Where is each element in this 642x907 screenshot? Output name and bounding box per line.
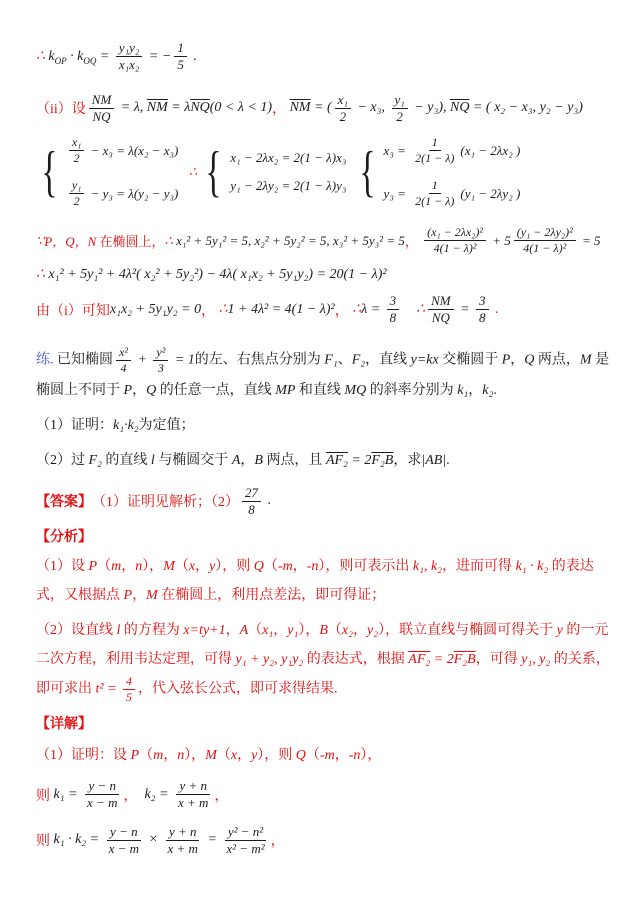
math-run: k₁ · k₂: [516, 559, 549, 574]
math-run: Q: [524, 352, 534, 367]
fraction-numerator: x₁: [69, 135, 85, 151]
fraction: (x₁ − 2λx₂)²4(1 − λ)²: [424, 225, 486, 256]
system-rows: x₃ = 12(1 − λ)(x₁ − 2λx₂ )y₃ = 12(1 − λ)…: [384, 135, 521, 209]
text-run: 为定值；: [139, 418, 195, 433]
fraction-numerator: 1: [429, 135, 441, 151]
text-run: （1）证明：设: [36, 748, 131, 763]
text-run: ，可得: [476, 652, 522, 667]
math-run: m: [153, 748, 163, 763]
fraction-denominator: 4(1 − λ)²: [431, 241, 480, 256]
text-run: ，: [226, 623, 240, 638]
fraction-denominator: 2(1 − λ): [412, 151, 457, 166]
text-run: ，-: [293, 559, 312, 574]
math-run: x₂: [342, 623, 353, 638]
text-run: （1）设: [36, 559, 89, 574]
fraction-denominator: x² − m²: [223, 841, 267, 857]
text-run: （-: [264, 559, 283, 574]
math-run: [402, 302, 416, 318]
fraction-denominator: 5: [123, 690, 135, 705]
fraction-numerator: y − n: [107, 824, 141, 841]
fraction-denominator: 8: [387, 310, 400, 326]
math-run: + 5: [489, 233, 511, 249]
math-run: ∴: [182, 164, 200, 180]
fraction: y² − n²x² − m²: [223, 824, 267, 858]
math-run: = ( x₂ − x₃, y₂ − y₃): [469, 100, 583, 116]
equation-system: {x₁2 − x₃ = λ(x₂ − x₃)y₁2 − y₃ = λ(y₂ − …: [36, 135, 178, 209]
fraction-denominator: 3: [155, 361, 167, 376]
fraction: y + nx + m: [175, 778, 211, 812]
text-run: （: [139, 748, 153, 763]
text-run: 由（i）可知: [36, 300, 110, 320]
analysis-1: （1）设 P（m，n），M（x，y），则 Q（-m，-n），则可表示出 k₁, …: [36, 552, 618, 610]
text-run: ，: [121, 559, 135, 574]
text-run: 在椭圆上，利用点差法，即可得证；: [158, 588, 386, 603]
fraction-numerator: y²: [153, 345, 168, 361]
math-run: P: [502, 352, 511, 367]
text-run: ，: [271, 830, 285, 850]
fraction-denominator: 2(1 − λ): [412, 194, 457, 209]
text-run: 的直线: [102, 453, 151, 468]
fraction-denominator: NQ: [90, 109, 114, 125]
math-run: k₂ =: [144, 787, 172, 803]
math-run: λ =: [361, 302, 384, 318]
fraction: y + nx + m: [165, 824, 201, 858]
math-run: x₁² + 5y₁² = 5, x₂² + 5y₂² = 5, x₃² + 5y…: [176, 233, 405, 249]
equation-system: {x₁ − 2λx₂ = 2(1 − λ)x₃y₁ − 2λy₂ = 2(1 −…: [200, 147, 346, 197]
math-run: ∴: [219, 301, 228, 318]
text-run: .: [264, 493, 271, 509]
text-run: 【详解】: [36, 713, 92, 733]
text-run: ，: [405, 231, 421, 250]
text-run: （: [328, 623, 342, 638]
text-run: 、: [338, 352, 352, 367]
math-run: =: [96, 49, 112, 65]
text-run: ，-: [335, 748, 354, 763]
text-run: 和直线: [295, 383, 344, 398]
text-run: ，: [335, 300, 353, 320]
math-run: k₁·k₂: [113, 418, 139, 433]
math-run: Q: [254, 559, 264, 574]
text-run: 的表达式，根据: [303, 652, 408, 667]
fraction: y₁y₂x₁x₂: [116, 40, 143, 74]
math-run: M: [580, 352, 592, 367]
equation-system: {x₃ = 12(1 − λ)(x₁ − 2λx₂ )y₃ = 12(1 − λ…: [354, 135, 521, 209]
fraction-denominator: 8: [245, 502, 258, 518]
system-row: x₁ − 2λx₂ = 2(1 − λ)x₃: [230, 150, 346, 166]
fraction: 12(1 − λ): [412, 135, 457, 166]
text-run: 交椭圆于: [439, 352, 502, 367]
math-run: ∴: [416, 301, 425, 318]
fraction-numerator: y₁: [69, 178, 85, 194]
math-run: =: [457, 302, 473, 318]
math-run: ∴: [36, 266, 48, 283]
math-run: = λ: [168, 100, 191, 116]
math-run: P，Q，N: [44, 231, 99, 250]
math-run: m: [111, 559, 121, 574]
math-run: k₁: [457, 383, 468, 398]
text-run: ），: [298, 623, 319, 638]
equation-systems: {x₁2 − x₃ = λ(x₂ − x₃)y₁2 − y₃ = λ(y₂ − …: [36, 135, 618, 209]
math-run: x₃ =: [384, 143, 410, 159]
math-run: − x₃,: [354, 100, 389, 116]
math-run: kOP: [48, 49, 66, 65]
text-run: 两点，: [534, 352, 580, 367]
text-run: ，: [132, 588, 146, 603]
fraction: NMNQ: [428, 293, 454, 327]
system-rows: x₁2 − x₃ = λ(x₂ − x₃)y₁2 − y₃ = λ(y₂ − y…: [66, 135, 178, 209]
text-run: （: [248, 623, 262, 638]
math-run: (y₁ − 2λy₂ ): [460, 186, 520, 202]
text-run: ，: [353, 623, 367, 638]
math-run: kOQ: [77, 49, 96, 65]
text-run: .: [446, 453, 450, 468]
fraction-denominator: x − m: [106, 841, 142, 857]
left-brace-icon: {: [206, 147, 222, 197]
subscript: OP: [55, 56, 67, 66]
math-run: Q: [296, 748, 306, 763]
text-run: （2）过: [36, 453, 89, 468]
math-run: x₁x₂ + 5y₁y₂ = 0: [110, 302, 201, 318]
vector-overline: F₂B: [454, 652, 476, 667]
math-run: .: [190, 49, 197, 65]
text-run: ，: [510, 352, 524, 367]
math-run: = 2: [430, 652, 453, 667]
system-row: x₃ = 12(1 − λ)(x₁ − 2λx₂ ): [384, 135, 521, 166]
text-run: ），: [184, 748, 205, 763]
fraction: y − nx − m: [106, 824, 142, 858]
document-content: ∴ kOP · kOQ = y₁y₂x₁x₂ = −15 .（ii）设NMNQ …: [36, 40, 618, 857]
system-row: y₁ − 2λy₂ = 2(1 − λ)y₃: [230, 178, 346, 194]
text-run: ），则可表示出: [318, 559, 413, 574]
math-run: P: [124, 588, 133, 603]
math-run: y₁ + y₂, y₁y₂: [236, 652, 304, 667]
fraction-denominator: 2: [71, 151, 83, 166]
text-run: ），则: [257, 748, 296, 763]
vector-overline: AF₂: [326, 453, 348, 468]
text-run: .: [492, 302, 499, 318]
fraction-denominator: x − m: [84, 795, 120, 811]
formula-lambda-setup: （ii）设NMNQ = λ, NM = λNQ(0 < λ < 1)， NM =…: [36, 92, 618, 126]
text-run: ，: [214, 785, 228, 805]
text-run: ，直线: [365, 352, 411, 367]
fraction-numerator: 1: [429, 178, 441, 194]
text-run: 的任意一点，直线: [156, 383, 275, 398]
fraction: x₁2: [69, 135, 85, 166]
answer-line: 【答案】（1）证明见解析；（2）278 .: [36, 485, 618, 519]
fraction-numerator: x²: [116, 345, 131, 361]
fraction-numerator: NM: [428, 293, 454, 310]
fraction-numerator: (x₁ − 2λx₂)²: [424, 225, 486, 241]
left-brace-icon: {: [359, 147, 375, 197]
text-run: ，: [273, 623, 287, 638]
math-run: +: [134, 352, 150, 367]
math-run: t² =: [96, 682, 121, 697]
text-run: ，: [132, 383, 146, 398]
fraction-denominator: x + m: [175, 795, 211, 811]
text-run: 在椭圆上，: [100, 231, 165, 250]
math-run: M: [146, 588, 158, 603]
text-run: 的左、右焦点分别为: [195, 352, 325, 367]
text-run: （: [217, 748, 231, 763]
math-run: F₁: [324, 352, 337, 367]
math-run: F₂: [89, 453, 102, 468]
math-run: y₃ =: [384, 186, 410, 202]
math-run: ∴: [165, 233, 177, 249]
document-page: ∴ kOP · kOQ = y₁y₂x₁x₂ = −15 .（ii）设NMNQ …: [0, 0, 642, 907]
text-run: （1）证明见解析；（2）: [92, 491, 239, 511]
math-run: 1 + 4λ² = 4(1 − λ)²: [228, 302, 335, 318]
fraction-numerator: x₁: [335, 92, 351, 109]
text-run: （-: [306, 748, 325, 763]
fraction-numerator: 27: [242, 485, 261, 502]
math-run: M: [205, 748, 217, 763]
fraction-denominator: x + m: [165, 841, 201, 857]
text-run: ，: [201, 300, 219, 320]
math-run: k₂: [482, 383, 493, 398]
text-run: ），: [360, 748, 381, 763]
k1-k2-formula: 则 k₁ = y − nx − m， k₂ = y + nx + m，: [36, 778, 618, 812]
fraction-denominator: 4: [117, 361, 129, 376]
math-run: k₁ =: [54, 787, 82, 803]
math-run: =: [204, 832, 220, 848]
question-1: （1）证明：k₁·k₂为定值；: [36, 411, 618, 440]
vector-overline: NQ: [190, 100, 209, 116]
math-run: = 5: [579, 233, 601, 249]
math-run: M: [163, 559, 175, 574]
k1k2-product-formula: 则 k₁ · k₂ = y − nx − m × y + nx + m = y²…: [36, 824, 618, 858]
fraction-numerator: 3: [387, 293, 400, 310]
subscript: OQ: [83, 56, 96, 66]
fraction-denominator: 2: [337, 109, 350, 125]
fraction: (y₁ − 2λy₂)²4(1 − λ)²: [514, 225, 576, 256]
math-run: = 1: [171, 352, 194, 367]
math-run: − y₃ = λ(y₂ − y₃): [87, 186, 178, 202]
fraction-numerator: y + n: [176, 778, 210, 795]
math-run: x₁: [262, 623, 273, 638]
math-run: x₁² + 5y₁² + 4λ²( x₂² + 5y₂²) − 4λ( x₁x₂…: [48, 267, 386, 283]
fraction-numerator: y − n: [85, 778, 119, 795]
fraction: x₁2: [335, 92, 351, 126]
math-run: = λ,: [117, 100, 147, 116]
math-run: ∴: [36, 48, 48, 65]
vector-overline: NM: [290, 100, 311, 116]
text-run: 的方程为: [120, 623, 183, 638]
math-run: x=ty+1: [183, 623, 225, 638]
text-run: ，进而可得: [442, 559, 516, 574]
text-run: ，: [240, 453, 254, 468]
text-run: 已知椭圆: [54, 352, 114, 367]
math-run: ×: [145, 832, 161, 848]
vector-overline: NM: [147, 100, 168, 116]
text-run: 练.: [36, 352, 54, 367]
fraction-numerator: (y₁ − 2λy₂)²: [514, 225, 576, 241]
fraction: y²3: [153, 345, 168, 376]
detail-header: 【详解】: [36, 713, 618, 733]
formula-expanded: ∴ x₁² + 5y₁² + 4λ²( x₂² + 5y₂²) − 4λ( x₁…: [36, 266, 618, 283]
math-run: (x₁ − 2λx₂ ): [460, 143, 520, 159]
fraction: 278: [242, 485, 261, 519]
analysis-header: 【分析】: [36, 526, 618, 546]
text-run: ），: [142, 559, 163, 574]
formula-conclusion: 由（i）可知x₁x₂ + 5y₁y₂ = 0， ∴1 + 4λ² = 4(1 −…: [36, 293, 618, 327]
math-run: k₁ · k₂ =: [54, 832, 103, 848]
fraction: 12(1 − λ): [412, 178, 457, 209]
fraction-numerator: 1: [174, 40, 187, 57]
math-run: |AB|: [421, 453, 446, 468]
math-run: ∴: [352, 301, 361, 318]
fraction-denominator: 2: [71, 194, 83, 209]
math-run: k₁, k₂: [413, 559, 442, 574]
text-run: （: [97, 559, 111, 574]
math-run: P: [131, 748, 140, 763]
text-run: ，: [123, 785, 144, 805]
math-run: y₁ − 2λy₂ = 2(1 − λ)y₃: [230, 178, 346, 194]
text-run: ，: [163, 748, 177, 763]
left-brace-icon: {: [41, 147, 57, 197]
fraction-denominator: 5: [174, 57, 187, 73]
system-row: y₁2 − y₃ = λ(y₂ − y₃): [66, 178, 178, 209]
math-run: MQ: [344, 383, 366, 398]
fraction-denominator: 2: [393, 109, 406, 125]
text-run: （2）设直线: [36, 623, 117, 638]
math-run: Q: [146, 383, 156, 398]
fraction-numerator: y² − n²: [225, 824, 266, 841]
math-run: B: [319, 623, 328, 638]
fraction: y₁2: [69, 178, 85, 209]
text-run: 则: [36, 830, 54, 850]
text-run: ，: [468, 383, 482, 398]
math-run: ·: [67, 49, 78, 65]
formula-kop-koq: ∴ kOP · kOQ = y₁y₂x₁x₂ = −15 .: [36, 40, 618, 74]
text-run: ，: [195, 559, 209, 574]
detail-1: （1）证明：设 P（m，n），M（x，y），则 Q（-m，-n），: [36, 741, 618, 770]
text-run: 的斜率分别为: [366, 383, 457, 398]
math-run: y=kx: [411, 352, 439, 367]
text-run: .: [493, 383, 497, 398]
math-run: m: [325, 748, 335, 763]
fraction-numerator: y₁y₂: [116, 40, 143, 57]
system-rows: x₁ − 2λx₂ = 2(1 − λ)x₃y₁ − 2λy₂ = 2(1 − …: [230, 150, 346, 194]
math-run: = −: [145, 49, 171, 65]
practice-problem: 练. 已知椭圆x²4 + y²3 = 1的左、右焦点分别为 F₁、F₂，直线 y…: [36, 345, 618, 405]
text-run: 与椭圆交于: [155, 453, 232, 468]
formula-on-ellipse: ∵P，Q，N 在椭圆上，∴ x₁² + 5y₁² = 5, x₂² + 5y₂²…: [36, 225, 618, 256]
math-run: x₁ − 2λx₂ = 2(1 − λ)x₃: [230, 150, 346, 166]
question-2: （2）过 F₂ 的直线 l 与椭圆交于 A，B 两点，且 AF₂ = 2F₂B，…: [36, 446, 618, 475]
vector-overline: NQ: [450, 100, 469, 116]
text-run: （1）证明：: [36, 418, 113, 433]
fraction-numerator: y + n: [166, 824, 200, 841]
math-run: = 2: [348, 453, 371, 468]
text-run: 则: [36, 785, 54, 805]
vector-overline: AF₂: [408, 652, 430, 667]
fraction: y₁2: [392, 92, 408, 126]
fraction-denominator: 8: [476, 310, 489, 326]
fraction: 15: [174, 40, 187, 74]
fraction-numerator: NM: [89, 92, 115, 109]
math-run: y₁, y₂: [521, 652, 550, 667]
text-run: ，求: [393, 453, 421, 468]
math-run: − y₃),: [411, 100, 450, 116]
fraction-numerator: y₁: [392, 92, 408, 109]
math-run: − x₃ = λ(x₂ − x₃): [87, 143, 178, 159]
fraction-denominator: 4(1 − λ)²: [520, 241, 569, 256]
system-row: x₁2 − x₃ = λ(x₂ − x₃): [66, 135, 178, 166]
math-run: m: [283, 559, 293, 574]
text-run: ，代入弦长公式，即可求得结果.: [138, 682, 338, 697]
math-run: (0 < λ < 1): [210, 100, 272, 116]
text-run: 【分析】: [36, 526, 92, 546]
analysis-2: （2）设直线 l 的方程为 x=ty+1，A（x₁，y₁），B（x₂，y₂），联…: [36, 616, 618, 705]
fraction-denominator: NQ: [429, 310, 453, 326]
math-run: F₂: [352, 352, 365, 367]
text-run: ，: [237, 748, 251, 763]
math-run: MP: [275, 383, 295, 398]
math-run: P: [89, 559, 98, 574]
text-run: （ii）设: [36, 98, 86, 118]
text-run: ，: [272, 98, 290, 118]
text-run: 【答案】: [36, 491, 92, 511]
system-row: y₃ = 12(1 − λ)(y₁ − 2λy₂ ): [384, 178, 521, 209]
math-run: B: [254, 453, 263, 468]
text-run: （: [175, 559, 189, 574]
vector-overline: F₂B: [371, 453, 393, 468]
text-run: 两点，且: [263, 453, 326, 468]
fraction: 38: [476, 293, 489, 327]
fraction: NMNQ: [89, 92, 115, 126]
fraction: x²4: [116, 345, 131, 376]
fraction: y − nx − m: [84, 778, 120, 812]
math-run: P: [124, 383, 133, 398]
fraction-numerator: 4: [123, 674, 135, 690]
math-run: y₂: [367, 623, 378, 638]
fraction-numerator: 3: [476, 293, 489, 310]
fraction: 38: [387, 293, 400, 327]
fraction: 45: [123, 674, 135, 705]
text-run: ），联立直线与椭圆可得关于: [378, 623, 557, 638]
fraction-denominator: x₁x₂: [116, 57, 143, 73]
math-run: y₁: [287, 623, 298, 638]
text-run: ），则: [215, 559, 254, 574]
math-run: A: [240, 623, 249, 638]
math-run: = (: [311, 100, 332, 116]
